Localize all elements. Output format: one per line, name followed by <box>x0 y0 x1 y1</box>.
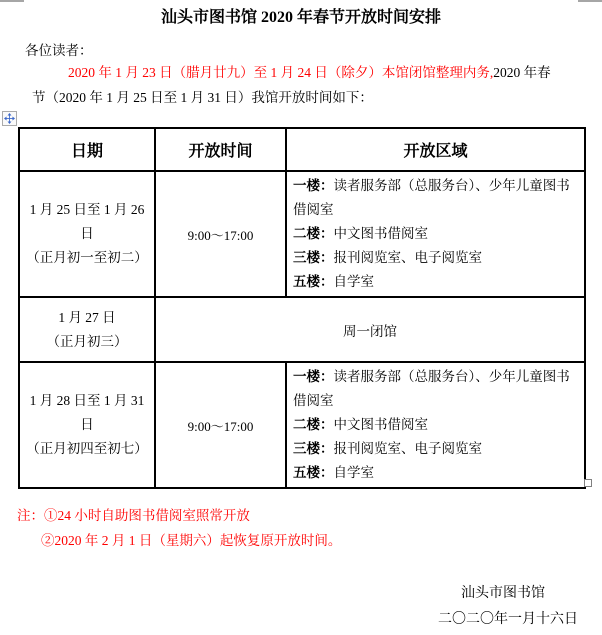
floor-label: 三楼： <box>293 250 334 265</box>
rooms-text: 报刊阅览室、电子阅览室 <box>334 441 483 456</box>
note-line-1: 注：①24 小时自助图书借阅室照常开放 <box>17 504 341 529</box>
rooms-text: 读者服务部（总服务台）、少年儿童图书借阅室 <box>293 369 570 408</box>
window-edge-artifact-left <box>0 0 24 2</box>
intro-line1-black-text: 2020 年春 <box>493 65 550 80</box>
table-row: 1 月 28 日至 1 月 31 日 （正月初四至初七） 9:00～17:00 … <box>19 362 585 488</box>
lunar-date-text: （正月初一至初二） <box>22 246 152 270</box>
rooms-text: 读者服务部（总服务台）、少年儿童图书借阅室 <box>293 178 570 217</box>
rooms-text: 报刊阅览室、电子阅览室 <box>334 250 483 265</box>
area-cell: 一楼：读者服务部（总服务台）、少年儿童图书借阅室 二楼：中文图书借阅室 三楼：报… <box>286 362 585 488</box>
window-edge-artifact-right <box>578 0 602 2</box>
note-line-2: ②2020 年 2 月 1 日（星期六）起恢复原开放时间。 <box>17 529 341 554</box>
floor-label: 一楼： <box>293 369 334 384</box>
rooms-text: 中文图书借阅室 <box>334 226 429 241</box>
notes-block: 注：①24 小时自助图书借阅室照常开放 ②2020 年 2 月 1 日（星期六）… <box>17 504 341 553</box>
floor-label: 五楼： <box>293 465 334 480</box>
table-row: 1 月 25 日至 1 月 26 日 （正月初一至初二） 9:00～17:00 … <box>19 171 585 297</box>
signature-date: 二〇二〇年一月十六日 <box>438 607 578 633</box>
salutation: 各位读者： <box>25 39 93 59</box>
closed-cell: 周一闭馆 <box>155 297 585 362</box>
area-line: 五楼：自学室 <box>293 461 580 485</box>
date-cell: 1 月 25 日至 1 月 26 日 （正月初一至初二） <box>19 171 155 297</box>
signature-org: 汕头市图书馆 <box>438 581 578 607</box>
area-line: 三楼：报刊阅览室、电子阅览室 <box>293 246 580 270</box>
rooms-text: 自学室 <box>334 465 375 480</box>
table-header-row: 日期 开放时间 开放区域 <box>19 128 585 171</box>
page-title: 汕头市图书馆 2020 年春节开放时间安排 <box>0 4 602 27</box>
header-open-area: 开放区域 <box>286 128 585 171</box>
area-cell: 一楼：读者服务部（总服务台）、少年儿童图书借阅室 二楼：中文图书借阅室 三楼：报… <box>286 171 585 297</box>
floor-label: 二楼： <box>293 417 334 432</box>
header-date: 日期 <box>19 128 155 171</box>
time-cell: 9:00～17:00 <box>155 362 286 488</box>
date-cell: 1 月 27 日 （正月初三） <box>19 297 155 362</box>
date-text: 1 月 25 日至 1 月 26 日 <box>22 198 152 246</box>
floor-label: 一楼： <box>293 178 334 193</box>
intro-line1: 2020 年 1 月 23 日（腊月廿九）至 1 月 24 日（除夕）本馆闭馆整… <box>32 60 551 85</box>
area-line: 三楼：报刊阅览室、电子阅览室 <box>293 437 580 461</box>
signature-block: 汕头市图书馆 二〇二〇年一月十六日 <box>438 581 578 632</box>
rooms-text: 自学室 <box>334 274 375 289</box>
rooms-text: 中文图书借阅室 <box>334 417 429 432</box>
schedule-table: 日期 开放时间 开放区域 1 月 25 日至 1 月 26 日 （正月初一至初二… <box>18 127 586 489</box>
area-line: 二楼：中文图书借阅室 <box>293 413 580 437</box>
document-page: 汕头市图书馆 2020 年春节开放时间安排 各位读者： 2020 年 1 月 2… <box>0 0 602 635</box>
area-line: 五楼：自学室 <box>293 270 580 294</box>
intro-line1-red-text: 2020 年 1 月 23 日（腊月廿九）至 1 月 24 日（除夕）本馆闭馆整… <box>68 65 493 80</box>
move-cross-icon <box>4 113 15 124</box>
floor-label: 五楼： <box>293 274 334 289</box>
date-cell: 1 月 28 日至 1 月 31 日 （正月初四至初七） <box>19 362 155 488</box>
floor-label: 三楼： <box>293 441 334 456</box>
floor-label: 二楼： <box>293 226 334 241</box>
lunar-date-text: （正月初三） <box>22 330 152 354</box>
table-resize-handle[interactable] <box>584 479 592 487</box>
date-text: 1 月 28 日至 1 月 31 日 <box>22 389 152 437</box>
date-text: 1 月 27 日 <box>22 306 152 330</box>
area-line: 一楼：读者服务部（总服务台）、少年儿童图书借阅室 <box>293 365 580 413</box>
intro-line2: 节（2020 年 1 月 25 日至 1 月 31 日）我馆开放时间如下： <box>32 85 551 110</box>
intro-paragraph: 2020 年 1 月 23 日（腊月廿九）至 1 月 24 日（除夕）本馆闭馆整… <box>32 60 551 110</box>
time-cell: 9:00～17:00 <box>155 171 286 297</box>
table-move-handle[interactable] <box>2 111 17 126</box>
lunar-date-text: （正月初四至初七） <box>22 437 152 461</box>
table-row: 1 月 27 日 （正月初三） 周一闭馆 <box>19 297 585 362</box>
area-line: 二楼：中文图书借阅室 <box>293 222 580 246</box>
header-open-time: 开放时间 <box>155 128 286 171</box>
area-line: 一楼：读者服务部（总服务台）、少年儿童图书借阅室 <box>293 174 580 222</box>
